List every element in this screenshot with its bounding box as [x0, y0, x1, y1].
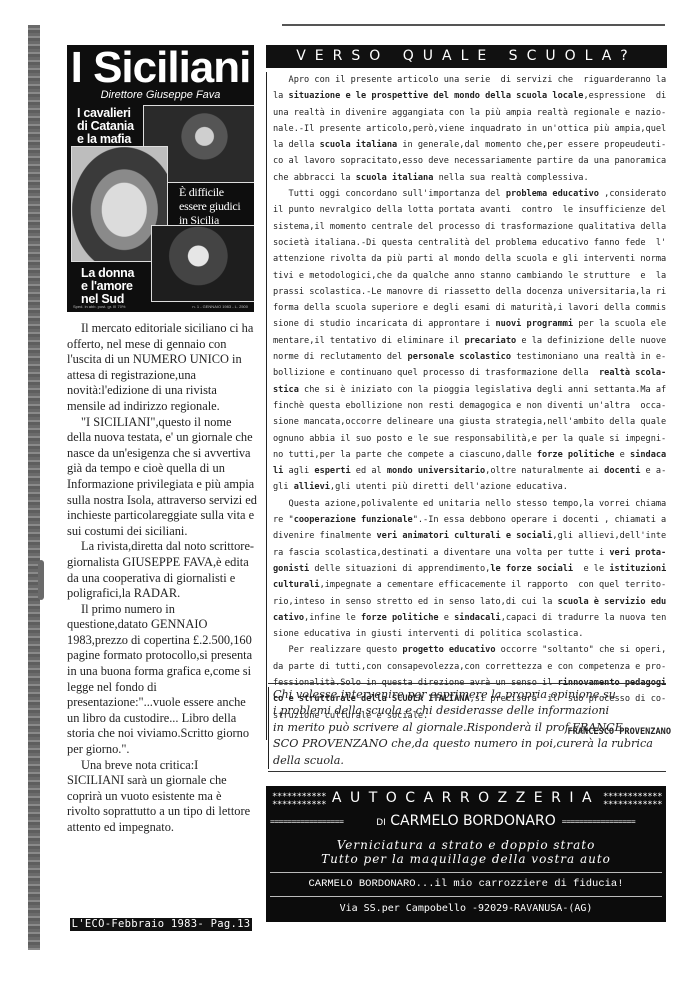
note-line: della scuola. — [273, 753, 671, 769]
autocarrozzeria-advertisement: *********** *********** AUTOCARROZZERIA … — [266, 786, 666, 922]
top-rule — [282, 24, 665, 26]
article-line: forma della scuola superiore e degli esa… — [273, 300, 673, 316]
scan-edge-shadow — [28, 25, 40, 950]
left-paragraph: La rivista,diretta dal noto scrittore-gi… — [67, 539, 257, 601]
ad-address: Via SS.per Campobello -92029-RAVANUSA-(A… — [266, 903, 666, 914]
article-line: Questa azione,polivalente ed unitaria ne… — [273, 496, 673, 512]
article-line: bollizione e continuano quel processo di… — [273, 365, 673, 381]
article-line: mentare,il tentativo di eliminare il pre… — [273, 333, 673, 349]
article-lines: Apro con il presente articolo una serie … — [273, 72, 673, 724]
article-line: ognuno abbia il suo posto e le sue respo… — [273, 431, 673, 447]
note-top-rule — [268, 683, 666, 684]
article-line: sione mancata,occorre delineare una gius… — [273, 414, 673, 430]
article-line: culturali,impegnate a cementare efficace… — [273, 577, 673, 593]
article-line: attenzione rivolta da più parti al mondo… — [273, 251, 673, 267]
article-line: cativo,infine le forze politiche e sinda… — [273, 610, 673, 626]
cover-headline-donna: La donna e l'amore nel Sud — [81, 267, 134, 306]
ad-slogan-1: Verniciatura a strato e doppio strato — [266, 838, 666, 852]
left-paragraph: Una breve nota critica:I SICILIANI sarà … — [67, 758, 257, 836]
left-article-body: Il mercato editoriale siciliano ci ha of… — [67, 321, 257, 836]
article-line: Per realizzare questo progetto educativo… — [273, 642, 673, 658]
main-article-body: Apro con il presente articolo una serie … — [266, 72, 673, 740]
cover-postal-note: Sped. in abb. post. gr. III 70% — [73, 304, 125, 309]
article-line: tivi e metodologici,che da qualche anno … — [273, 268, 673, 284]
note-line: i problemi della scuola e chi desiderass… — [273, 703, 671, 719]
article-line: che abbracci la scuola italiana nella su… — [273, 170, 673, 186]
cover-photo-singer — [151, 225, 254, 302]
cover-headline-giudici: È difficile essere giudici in Sicilia — [179, 185, 240, 227]
magazine-cover-image: I Siciliani Direttore Giuseppe Fava I ca… — [67, 45, 254, 312]
left-paragraph: Il mercato editoriale siciliano ci ha of… — [67, 321, 257, 415]
left-paragraph: Il primo numero in questione,datato GENN… — [67, 602, 257, 758]
article-line: norme di reclutamento del personale scol… — [273, 349, 673, 365]
article-title: VERSO QUALE SCUOLA? — [266, 45, 667, 68]
article-line: rio,inteso in senso stretto ed in senso … — [273, 594, 673, 610]
article-line: ra fascia scolastica,destinati a diventa… — [273, 545, 673, 561]
note-bottom-rule — [268, 771, 666, 772]
ad-stars-right: ************ ************ — [603, 793, 662, 809]
note-line: Chi volesse intervenire per esprimere la… — [273, 687, 671, 703]
article-line: sione educativa in giusti interventi di … — [273, 626, 673, 642]
cover-headline-mafia: I cavalieri di Catania e la mafia — [77, 107, 134, 146]
article-line: Apro con il presente articolo una serie … — [273, 72, 673, 88]
ad-owner: DI CARMELO BORDONARO — [370, 813, 562, 829]
ad-owner-line: ================= DI CARMELO BORDONARO =… — [270, 813, 662, 829]
article-line: una realtà in divenire aggangiata con la… — [273, 105, 673, 121]
ad-slogan-2: Tutto per la maquillage della vostra aut… — [266, 852, 666, 866]
ad-equals-right: ================= — [562, 817, 662, 826]
page-footer-tag: L'ECO-Febbraio 1983- Pag.13 — [70, 918, 252, 931]
reader-note: Chi volesse intervenire per esprimere la… — [268, 687, 671, 769]
ad-equals-left: ================= — [270, 817, 370, 826]
article-line: stica che si è iniziato con la pioggia l… — [273, 382, 673, 398]
article-line: divenire finalmente veri animatori cultu… — [273, 528, 673, 544]
article-line: la della scuola italiana in generale,dal… — [273, 137, 673, 153]
ad-tagline: CARMELO BORDONARO...il mio carrozziere d… — [266, 878, 666, 890]
article-line: finchè questa ebollizione non resti dema… — [273, 398, 673, 414]
article-line: società italiana.-Di questa centralità d… — [273, 235, 673, 251]
article-line: il punto nevralgico della lotta portata … — [273, 202, 673, 218]
article-line: li agli esperti ed al mondo universitari… — [273, 463, 673, 479]
article-line: da parte di tutti,con consapevolezza,con… — [273, 659, 673, 675]
article-line: gonisti delle situazioni di apprendiment… — [273, 561, 673, 577]
note-line: SCO PROVENZANO che,da questo numero in p… — [273, 736, 671, 752]
cover-issue-note: n. 1 - GENNAIO 1983 - L. 2500 — [192, 304, 248, 309]
article-line: gli allievi,gli utenti più diretti dell'… — [273, 479, 673, 495]
article-line: nale.-Il presente articolo,però,viene in… — [273, 121, 673, 137]
note-line: in merito può scrivere al giornale.Rispo… — [273, 720, 671, 736]
ad-divider — [270, 896, 662, 897]
article-line: sione di studio incaricata di approntare… — [273, 316, 673, 332]
article-line: no tutti,per la parte che compete a cias… — [273, 447, 673, 463]
article-line: prassi scolastica.-Le manovre di riasset… — [273, 284, 673, 300]
left-paragraph: "I SICILIANI",questo il nome della nuova… — [67, 415, 257, 540]
article-line: re "cooperazione funzionale".-In essa de… — [273, 512, 673, 528]
cover-masthead: I Siciliani — [67, 45, 254, 93]
article-line: sistema,il momento centrale del processo… — [273, 219, 673, 235]
article-line: co al lavoro sopracitato,esso deve neces… — [273, 153, 673, 169]
cover-director: Direttore Giuseppe Fava — [67, 89, 254, 101]
article-line: la situazione e le prospettive del mondo… — [273, 88, 673, 104]
ad-divider — [270, 872, 662, 873]
article-line: Tutti oggi concordano sull'importanza de… — [273, 186, 673, 202]
